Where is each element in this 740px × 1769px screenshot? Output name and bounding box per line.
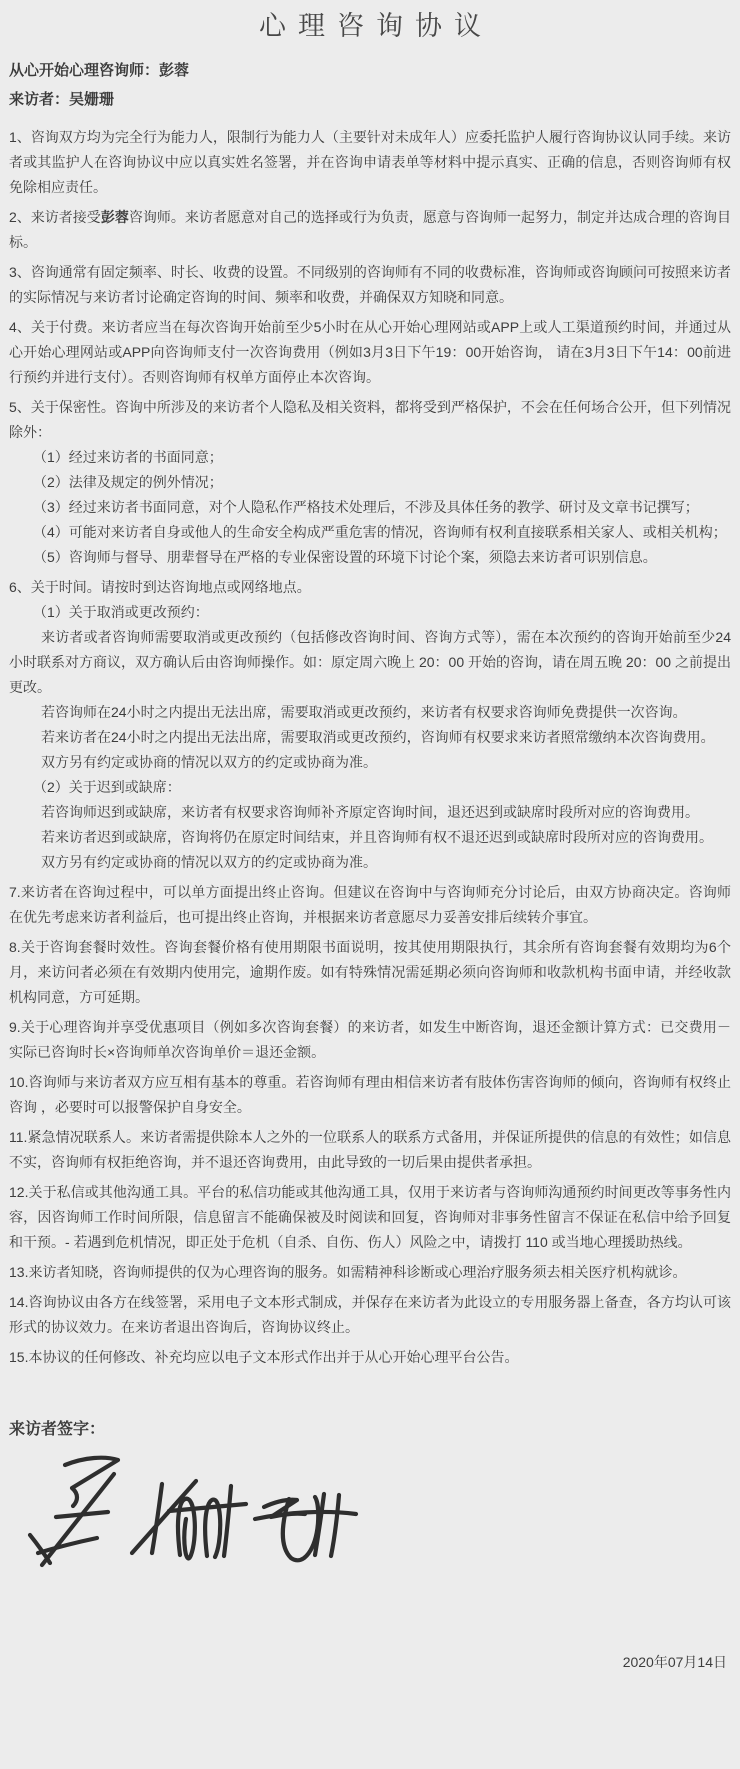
clause-4-text: 4、关于付费。来访者应当在每次咨询开始前至少5小时在从心开始心理网站或APP上或… [9, 315, 731, 390]
clause-3-text: 3、咨询通常有固定频率、时长、收费的设置。不同级别的咨询师有不同的收费标准，咨询… [9, 260, 731, 310]
clause-10-text: 10.咨询师与来访者双方应互相有基本的尊重。若咨询师有理由相信来访者有肢体伤害咨… [9, 1070, 731, 1120]
clause-9: 9.关于心理咨询并享受优惠项目（例如多次咨询套餐）的来访者，如发生中断咨询，退还… [9, 1015, 731, 1065]
clause-8-text: 8.关于咨询套餐时效性。咨询套餐价格有使用期限书面说明，按其使用期限执行，其余所… [9, 935, 731, 1010]
clause-6-sub-2-head: （2）关于迟到或缺席： [9, 775, 731, 800]
clause-5-item-1: （1）经过来访者的书面同意； [9, 445, 731, 470]
visitor-signature-handwriting [10, 1452, 410, 1612]
clause-6-sub-2-body-1: 若咨询师迟到或缺席，来访者有权要求咨询师补齐原定咨询时间，退还迟到或缺席时段所对… [9, 800, 731, 825]
clause-6-text: 6、关于时间。请按时到达咨询地点或网络地点。 [9, 575, 731, 600]
signature-label: 来访者签字： [9, 1418, 731, 1442]
clause-9-text: 9.关于心理咨询并享受优惠项目（例如多次咨询套餐）的来访者，如发生中断咨询，退还… [9, 1015, 731, 1065]
clause-1: 1、咨询双方均为完全行为能力人，限制行为能力人（主要针对未成年人）应委托监护人履… [9, 125, 731, 200]
signature-date: 2020年07月14日 [9, 1652, 731, 1672]
clause-6-sub-1-body-3: 若来访者在24小时之内提出无法出席，需要取消或更改预约，咨询师有权要求来访者照常… [9, 725, 731, 750]
clause-15-text: 15.本协议的任何修改、补充均应以电子文本形式作出并于从心开始心理平台公告。 [9, 1345, 731, 1370]
clause-5: 5、关于保密性。咨询中所涉及的来访者个人隐私及相关资料，都将受到严格保护，不会在… [9, 395, 731, 570]
visitor-line: 来访者：吴姗珊 [9, 89, 731, 111]
signature-area [10, 1452, 731, 1612]
clause-1-text: 1、咨询双方均为完全行为能力人，限制行为能力人（主要针对未成年人）应委托监护人履… [9, 125, 731, 200]
clause-14: 14.咨询协议由各方在线签署，采用电子文本形式制成，并保存在来访者为此设立的专用… [9, 1290, 731, 1340]
clause-14-text: 14.咨询协议由各方在线签署，采用电子文本形式制成，并保存在来访者为此设立的专用… [9, 1290, 731, 1340]
clause-13-text: 13.来访者知晓，咨询师提供的仅为心理咨询的服务。如需精神科诊断或心理治疗服务须… [9, 1260, 731, 1285]
clause-2-text: 2、来访者接受彭蓉咨询师。来访者愿意对自己的选择或行为负责，愿意与咨询师一起努力… [9, 205, 731, 255]
clause-10: 10.咨询师与来访者双方应互相有基本的尊重。若咨询师有理由相信来访者有肢体伤害咨… [9, 1070, 731, 1120]
visitor-name: 吴姗珊 [69, 91, 114, 108]
clause-5-text: 5、关于保密性。咨询中所涉及的来访者个人隐私及相关资料，都将受到严格保护，不会在… [9, 395, 731, 445]
clause-5-item-5: （5）咨询师与督导、朋辈督导在严格的专业保密设置的环境下讨论个案，须隐去来访者可… [9, 545, 731, 570]
clause-6-sub-1-body-1: 来访者或者咨询师需要取消或更改预约（包括修改咨询时间、咨询方式等），需在本次预约… [9, 625, 731, 700]
clause-12-text: 12.关于私信或其他沟通工具。平台的私信功能或其他沟通工具，仅用于来访者与咨询师… [9, 1180, 731, 1255]
agreement-document: 心理咨询协议 从心开始心理咨询师：彭蓉 来访者：吴姗珊 1、咨询双方均为完全行为… [0, 0, 740, 1769]
clause-8: 8.关于咨询套餐时效性。咨询套餐价格有使用期限书面说明，按其使用期限执行，其余所… [9, 935, 731, 1010]
clause-2: 2、来访者接受彭蓉咨询师。来访者愿意对自己的选择或行为负责，愿意与咨询师一起努力… [9, 205, 731, 255]
clause-5-item-4: （4）可能对来访者自身或他人的生命安全构成严重危害的情况，咨询师有权利直接联系相… [9, 520, 731, 545]
clause-6-sub-2-body-2: 若来访者迟到或缺席，咨询将仍在原定时间结束，并且咨询师有权不退还迟到或缺席时段所… [9, 825, 731, 850]
clause-list: 1、咨询双方均为完全行为能力人，限制行为能力人（主要针对未成年人）应委托监护人履… [9, 125, 731, 1370]
clause-11: 11.紧急情况联系人。来访者需提供除本人之外的一位联系人的联系方式备用，并保证所… [9, 1125, 731, 1175]
page-title: 心理咨询协议 [9, 6, 731, 46]
clause-2-pre: 2、来访者接受 [9, 209, 101, 225]
clause-4: 4、关于付费。来访者应当在每次咨询开始前至少5小时在从心开始心理网站或APP上或… [9, 315, 731, 390]
clause-7-text: 7.来访者在咨询过程中，可以单方面提出终止咨询。但建议在咨询中与咨询师充分讨论后… [9, 880, 731, 930]
clause-6-sub-1-head: （1）关于取消或更改预约： [9, 600, 731, 625]
visitor-label: 来访者： [9, 91, 69, 108]
counselor-line: 从心开始心理咨询师：彭蓉 [9, 60, 731, 82]
clause-6-sub-2-body-3: 双方另有约定或协商的情况以双方的约定或协商为准。 [9, 850, 731, 875]
clause-15: 15.本协议的任何修改、补充均应以电子文本形式作出并于从心开始心理平台公告。 [9, 1345, 731, 1370]
clause-5-item-2: （2）法律及规定的例外情况； [9, 470, 731, 495]
counselor-label: 从心开始心理咨询师： [9, 62, 159, 79]
clause-12: 12.关于私信或其他沟通工具。平台的私信功能或其他沟通工具，仅用于来访者与咨询师… [9, 1180, 731, 1255]
clause-6: 6、关于时间。请按时到达咨询地点或网络地点。 （1）关于取消或更改预约： 来访者… [9, 575, 731, 875]
clause-6-sub-1-body-4: 双方另有约定或协商的情况以双方的约定或协商为准。 [9, 750, 731, 775]
clause-11-text: 11.紧急情况联系人。来访者需提供除本人之外的一位联系人的联系方式备用，并保证所… [9, 1125, 731, 1175]
counselor-name: 彭蓉 [159, 62, 189, 79]
clause-3: 3、咨询通常有固定频率、时长、收费的设置。不同级别的咨询师有不同的收费标准，咨询… [9, 260, 731, 310]
clause-2-counselor-name: 彭蓉 [101, 209, 129, 225]
clause-5-item-3: （3）经过来访者书面同意，对个人隐私作严格技术处理后，不涉及具体任务的教学、研讨… [9, 495, 731, 520]
clause-13: 13.来访者知晓，咨询师提供的仅为心理咨询的服务。如需精神科诊断或心理治疗服务须… [9, 1260, 731, 1285]
clause-7: 7.来访者在咨询过程中，可以单方面提出终止咨询。但建议在咨询中与咨询师充分讨论后… [9, 880, 731, 930]
clause-6-sub-1-body-2: 若咨询师在24小时之内提出无法出席，需要取消或更改预约，来访者有权要求咨询师免费… [9, 700, 731, 725]
